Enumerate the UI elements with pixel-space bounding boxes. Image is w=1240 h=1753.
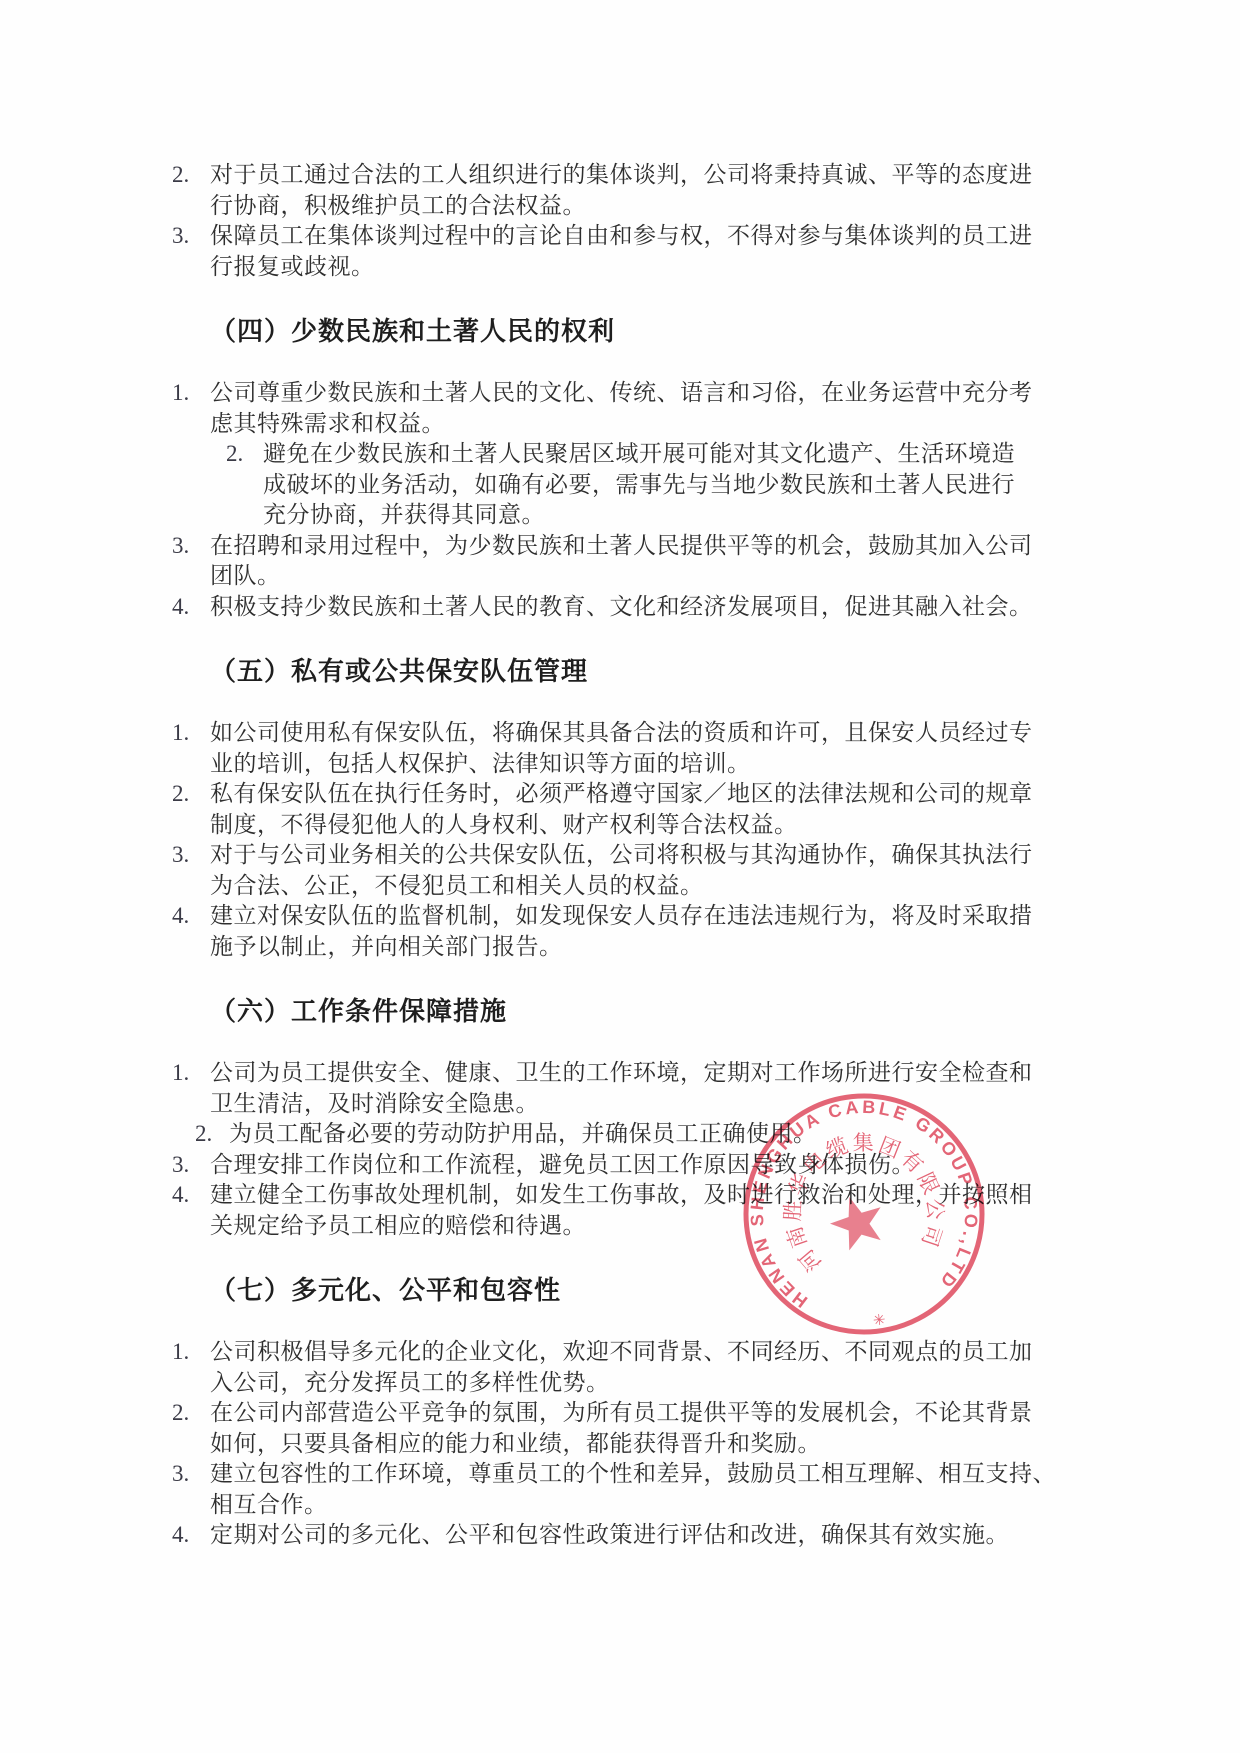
list-item-number: 3. bbox=[172, 221, 210, 252]
list-item-number: 3. bbox=[172, 1459, 210, 1490]
list-item-text: 对于与公司业务相关的公共保安队伍，公司将积极与其沟通协作，确保其执法行 为合法、… bbox=[210, 840, 1060, 901]
list-item: 4. 积极支持少数民族和土著人民的教育、文化和经济发展项目，促进其融入社会。 bbox=[172, 592, 1060, 623]
company-stamp: HENAN SHENGHUA CABLE GROUP CO.,LTD 河南胜华电… bbox=[721, 1071, 1007, 1357]
list-item-number: 2. bbox=[172, 1398, 210, 1429]
star-icon bbox=[824, 1189, 890, 1254]
list-item-number: 4. bbox=[172, 901, 210, 932]
list-item-text: 对于员工通过合法的工人组织进行的集体谈判，公司将秉持真诚、平等的态度进 行协商，… bbox=[210, 160, 1060, 221]
list-item: 1. 如公司使用私有保安队伍，将确保其具备合法的资质和许可，且保安人员经过专 业… bbox=[172, 718, 1060, 779]
list-item-text: 建立对保安队伍的监督机制，如发现保安人员存在违法违规行为，将及时采取措 施予以制… bbox=[210, 901, 1060, 962]
list-item-number: 1. bbox=[172, 378, 210, 409]
stamp-bottom-mark-icon: ✳ bbox=[872, 1311, 886, 1329]
list-item: 2. 在公司内部营造公平竞争的氛围，为所有员工提供平等的发展机会，不论其背景 如… bbox=[172, 1398, 1060, 1459]
document-page: 2. 对于员工通过合法的工人组织进行的集体谈判，公司将秉持真诚、平等的态度进 行… bbox=[0, 0, 1240, 1753]
section-heading-6: （六）工作条件保障措施 bbox=[210, 995, 1060, 1027]
list-item-text: 避免在少数民族和土著人民聚居区域开展可能对其文化遗产、生活环境造 成破坏的业务活… bbox=[263, 439, 1060, 531]
list-item-number: 2. bbox=[195, 1119, 229, 1150]
list-item-text: 在招聘和录用过程中，为少数民族和土著人民提供平等的机会，鼓励其加入公司 团队。 bbox=[210, 531, 1060, 592]
list-item-text: 定期对公司的多元化、公平和包容性政策进行评估和改进，确保其有效实施。 bbox=[210, 1520, 1060, 1551]
list-item-text: 在公司内部营造公平竞争的氛围，为所有员工提供平等的发展机会，不论其背景 如何，只… bbox=[210, 1398, 1060, 1459]
list-item-text: 保障员工在集体谈判过程中的言论自由和参与权，不得对参与集体谈判的员工进 行报复或… bbox=[210, 221, 1060, 282]
list-item-number: 1. bbox=[172, 1337, 210, 1368]
list-item: 2. 私有保安队伍在执行任务时，必须严格遵守国家／地区的法律法规和公司的规章 制… bbox=[172, 779, 1060, 840]
list-item-number: 3. bbox=[172, 531, 210, 562]
list-item: 1. 公司尊重少数民族和土著人民的文化、传统、语言和习俗，在业务运营中充分考 虑… bbox=[172, 378, 1060, 439]
list-item: 3. 保障员工在集体谈判过程中的言论自由和参与权，不得对参与集体谈判的员工进 行… bbox=[172, 221, 1060, 282]
stamp-ring-text: HENAN SHENGHUA CABLE GROUP CO.,LTD bbox=[735, 1085, 990, 1316]
list-item-text: 积极支持少数民族和土著人民的教育、文化和经济发展项目，促进其融入社会。 bbox=[210, 592, 1060, 623]
list-item-indented: 2. 避免在少数民族和土著人民聚居区域开展可能对其文化遗产、生活环境造 成破坏的… bbox=[226, 439, 1060, 531]
list-item-number: 3. bbox=[172, 840, 210, 871]
list-item: 3. 对于与公司业务相关的公共保安队伍，公司将积极与其沟通协作，确保其执法行 为… bbox=[172, 840, 1060, 901]
list-item-text: 如公司使用私有保安队伍，将确保其具备合法的资质和许可，且保安人员经过专 业的培训… bbox=[210, 718, 1060, 779]
list-item: 4. 定期对公司的多元化、公平和包容性政策进行评估和改进，确保其有效实施。 bbox=[172, 1520, 1060, 1551]
list-item-number: 2. bbox=[172, 779, 210, 810]
list-item: 3. 在招聘和录用过程中，为少数民族和土著人民提供平等的机会，鼓励其加入公司 团… bbox=[172, 531, 1060, 592]
section-4-minority-indigenous-rights: （四）少数民族和土著人民的权利 1. 公司尊重少数民族和土著人民的文化、传统、语… bbox=[172, 315, 1060, 622]
list-item-text: 私有保安队伍在执行任务时，必须严格遵守国家／地区的法律法规和公司的规章 制度，不… bbox=[210, 779, 1060, 840]
stamp-inner-text: 河南胜华电缆集团有限公司 bbox=[773, 1123, 952, 1278]
list-item-number: 2. bbox=[172, 160, 210, 191]
list-item: 4. 建立对保安队伍的监督机制，如发现保安人员存在违法违规行为，将及时采取措 施… bbox=[172, 901, 1060, 962]
list-item: 2. 对于员工通过合法的工人组织进行的集体谈判，公司将秉持真诚、平等的态度进 行… bbox=[172, 160, 1060, 221]
list-item-number: 1. bbox=[172, 1058, 210, 1089]
list-item-number: 3. bbox=[172, 1150, 210, 1181]
list-item: 3. 建立包容性的工作环境，尊重员工的个性和差异，鼓励员工相互理解、相互支持、 … bbox=[172, 1459, 1060, 1520]
list-item-number: 4. bbox=[172, 1520, 210, 1551]
list-item-text: 建立包容性的工作环境，尊重员工的个性和差异，鼓励员工相互理解、相互支持、 相互合… bbox=[210, 1459, 1060, 1520]
section-heading-5: （五）私有或公共保安队伍管理 bbox=[210, 655, 1060, 687]
list-item-number: 2. bbox=[226, 439, 263, 470]
list-item-number: 4. bbox=[172, 1180, 210, 1211]
list-item-number: 1. bbox=[172, 718, 210, 749]
list-item-text: 公司积极倡导多元化的企业文化，欢迎不同背景、不同经历、不同观点的员工加 入公司，… bbox=[210, 1337, 1060, 1398]
list-item: 1. 公司积极倡导多元化的企业文化，欢迎不同背景、不同经历、不同观点的员工加 入… bbox=[172, 1337, 1060, 1398]
section-heading-4: （四）少数民族和土著人民的权利 bbox=[210, 315, 1060, 347]
section-collective-bargaining-items: 2. 对于员工通过合法的工人组织进行的集体谈判，公司将秉持真诚、平等的态度进 行… bbox=[172, 160, 1060, 282]
section-5-security-team-management: （五）私有或公共保安队伍管理 1. 如公司使用私有保安队伍，将确保其具备合法的资… bbox=[172, 655, 1060, 962]
list-item-number: 4. bbox=[172, 592, 210, 623]
list-item-text: 公司尊重少数民族和土著人民的文化、传统、语言和习俗，在业务运营中充分考 虑其特殊… bbox=[210, 378, 1060, 439]
